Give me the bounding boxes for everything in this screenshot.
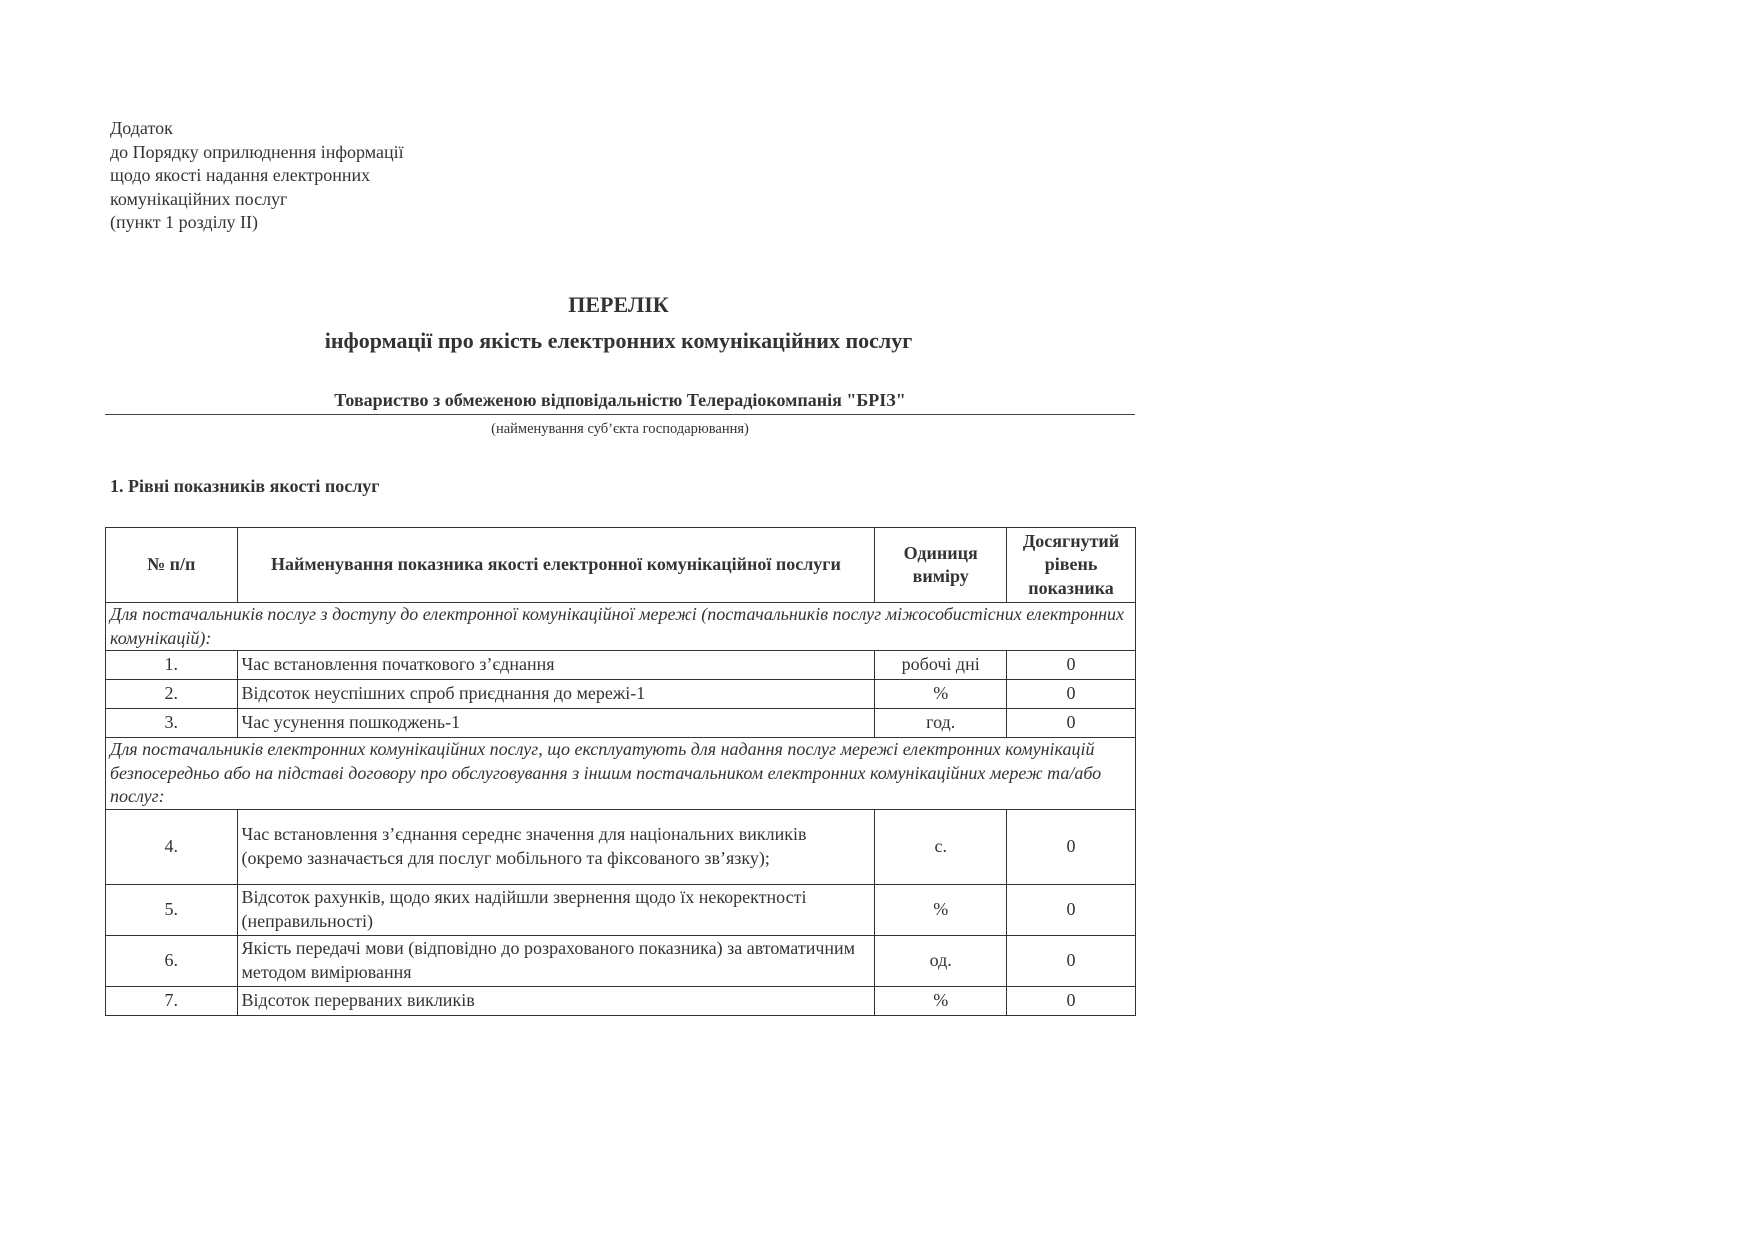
table-row: 5. Відсоток рахунків, щодо яких надійшли… xyxy=(106,884,1136,935)
group-caption-row: Для постачальників електронних комунікац… xyxy=(106,738,1136,810)
row-value: 0 xyxy=(1007,680,1136,709)
row-name: Відсоток перерваних викликів xyxy=(237,986,875,1015)
row-num: 7. xyxy=(106,986,238,1015)
row-name: Якість передачі мови (відповідно до розр… xyxy=(237,935,875,986)
quality-indicators-table: № п/п Найменування показника якості елек… xyxy=(105,527,1136,1016)
document-subtitle: інформації про якість електронних комуні… xyxy=(0,328,1237,354)
row-unit: % xyxy=(875,680,1007,709)
table-row: 2. Відсоток неуспішних спроб приєднання … xyxy=(106,680,1136,709)
row-value: 0 xyxy=(1007,709,1136,738)
row-name: Відсоток неуспішних спроб приєднання до … xyxy=(237,680,875,709)
row-name: Час встановлення з’єднання середнє значе… xyxy=(237,809,875,884)
row-name: Відсоток рахунків, щодо яких надійшли зв… xyxy=(237,884,875,935)
header-unit: Одиниця виміру xyxy=(875,528,1007,603)
row-num: 6. xyxy=(106,935,238,986)
row-num: 1. xyxy=(106,651,238,680)
row-num: 3. xyxy=(106,709,238,738)
header-value: Досягнутий рівень показника xyxy=(1007,528,1136,603)
row-unit: с. xyxy=(875,809,1007,884)
group-caption-row: Для постачальників послуг з доступу до е… xyxy=(106,603,1136,651)
annex-note: Додаток до Порядку оприлюднення інформац… xyxy=(110,117,404,235)
table-header-row: № п/п Найменування показника якості елек… xyxy=(106,528,1136,603)
row-unit: робочі дні xyxy=(875,651,1007,680)
row-unit: год. xyxy=(875,709,1007,738)
group-caption: Для постачальників послуг з доступу до е… xyxy=(106,603,1136,651)
annex-line: Додаток xyxy=(110,117,404,141)
row-unit: % xyxy=(875,986,1007,1015)
company-name: Товариство з обмеженою відповідальністю … xyxy=(105,390,1135,415)
group-caption: Для постачальників електронних комунікац… xyxy=(106,738,1136,810)
row-value: 0 xyxy=(1007,935,1136,986)
table-row: 7. Відсоток перерваних викликів % 0 xyxy=(106,986,1136,1015)
row-num: 5. xyxy=(106,884,238,935)
table-row: 1. Час встановлення початкового з’єднанн… xyxy=(106,651,1136,680)
row-num: 4. xyxy=(106,809,238,884)
table-row: 6. Якість передачі мови (відповідно до р… xyxy=(106,935,1136,986)
section-title: 1. Рівні показників якості послуг xyxy=(110,476,379,497)
row-value: 0 xyxy=(1007,809,1136,884)
row-num: 2. xyxy=(106,680,238,709)
table-row: 3. Час усунення пошкоджень-1 год. 0 xyxy=(106,709,1136,738)
annex-line: (пункт 1 розділу ІІ) xyxy=(110,211,404,235)
document-title: ПЕРЕЛІК xyxy=(0,292,1237,318)
row-unit: од. xyxy=(875,935,1007,986)
row-value: 0 xyxy=(1007,884,1136,935)
row-name: Час усунення пошкоджень-1 xyxy=(237,709,875,738)
row-value: 0 xyxy=(1007,651,1136,680)
header-name: Найменування показника якості електронно… xyxy=(237,528,875,603)
header-num: № п/п xyxy=(106,528,238,603)
row-value: 0 xyxy=(1007,986,1136,1015)
table-row: 4. Час встановлення з’єднання середнє зн… xyxy=(106,809,1136,884)
row-name: Час встановлення початкового з’єднання xyxy=(237,651,875,680)
company-caption: (найменування суб’єкта господарювання) xyxy=(105,421,1135,438)
row-unit: % xyxy=(875,884,1007,935)
annex-line: комунікаційних послуг xyxy=(110,188,404,212)
annex-line: до Порядку оприлюднення інформації xyxy=(110,141,404,165)
annex-line: щодо якості надання електронних xyxy=(110,164,404,188)
